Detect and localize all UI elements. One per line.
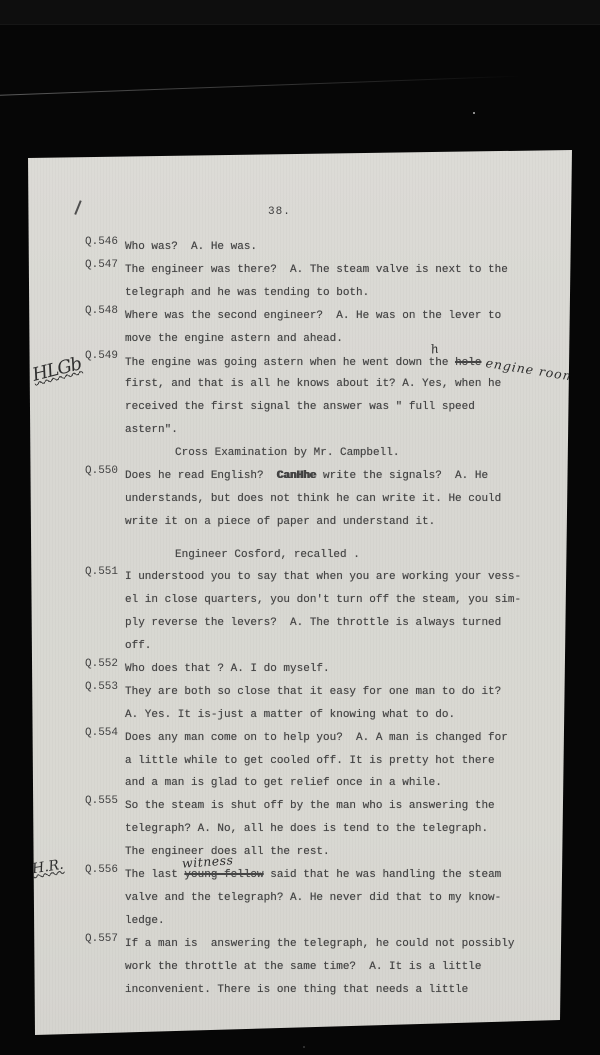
text-line: move the engine astern and ahead. bbox=[125, 328, 501, 351]
text-line: If a man is answering the telegraph, he … bbox=[125, 933, 514, 956]
text-line: telegraph? A. No, all he does is tend to… bbox=[125, 818, 495, 841]
text-segment: The engine was going astern when he went… bbox=[125, 357, 455, 369]
qa-item-q554: Q.554 Does any man come on to help you? … bbox=[28, 727, 572, 796]
text-line: el in close quarters, you don't turn off… bbox=[125, 589, 521, 612]
question-number: Q.550 bbox=[85, 465, 125, 534]
text-line: inconvenient. There is one thing that ne… bbox=[125, 979, 514, 1002]
question-number: Q.549 bbox=[85, 350, 125, 442]
film-edge-band bbox=[0, 0, 600, 25]
scanned-page-background: 38. Q.546 Who was? A. He was. Q.547 The … bbox=[0, 0, 600, 1055]
question-text: I understood you to say that when you ar… bbox=[125, 566, 521, 658]
question-text: Does any man come on to help you? A. A m… bbox=[125, 727, 508, 796]
question-number: Q.551 bbox=[85, 566, 125, 658]
text-line: They are both so close that it easy for … bbox=[125, 681, 501, 704]
dust-speck bbox=[473, 112, 475, 114]
qa-item-q549: HLGb Q.549 The engine was going astern w… bbox=[28, 350, 572, 442]
question-number: Q.552 bbox=[85, 658, 125, 681]
question-number: Q.554 bbox=[85, 727, 125, 796]
text-line: Who was? A. He was. bbox=[125, 236, 257, 259]
question-number: Q.556 bbox=[85, 864, 125, 933]
pen-mark bbox=[74, 200, 81, 214]
question-number: Q.553 bbox=[85, 681, 125, 727]
text-line: The engine was going astern when he went… bbox=[125, 350, 582, 373]
text-segment: write the signals? A. He bbox=[316, 470, 488, 482]
qa-item-q551: Q.551 I understood you to say that when … bbox=[28, 566, 572, 658]
qa-item-q556: H.R. Q.556 The last young fellow said th… bbox=[28, 864, 572, 933]
text-line: Where was the second engineer? A. He was… bbox=[125, 305, 501, 328]
question-text: They are both so close that it easy for … bbox=[125, 681, 501, 727]
margin-signature: HLGb bbox=[30, 354, 83, 386]
text-line: The last young fellow said that he was h… bbox=[125, 864, 501, 887]
question-text: Who was? A. He was. bbox=[125, 236, 257, 259]
overtyped-word: CanHhe bbox=[277, 470, 317, 482]
transcript-content: Q.546 Who was? A. He was. Q.547 The engi… bbox=[28, 236, 572, 1001]
text-line: received the first signal the answer was… bbox=[125, 396, 582, 419]
margin-signature: H.R. bbox=[31, 857, 65, 878]
qa-item-q553: Q.553 They are both so close that it eas… bbox=[28, 681, 572, 727]
question-number: Q.555 bbox=[85, 795, 125, 864]
text-line: ledge. bbox=[125, 910, 501, 933]
question-text: If a man is answering the telegraph, he … bbox=[125, 933, 514, 1002]
text-segment: Does he read English? bbox=[125, 470, 277, 482]
qa-item-q547: Q.547 The engineer was there? A. The ste… bbox=[28, 259, 572, 305]
section-heading-recall: Engineer Cosford, recalled . bbox=[28, 544, 572, 567]
question-number: Q.547 bbox=[85, 259, 125, 305]
text-line: Who does that ? A. I do myself. bbox=[125, 658, 330, 681]
text-line: work the throttle at the same time? A. I… bbox=[125, 956, 514, 979]
struck-word: hole bbox=[455, 357, 481, 369]
text-line: valve and the telegraph? A. He never did… bbox=[125, 887, 501, 910]
text-line: telegraph and he was tending to both. bbox=[125, 282, 508, 305]
text-line: A. Yes. It is-just a matter of knowing w… bbox=[125, 704, 501, 727]
question-text: Does he read English? CanHhe write the s… bbox=[125, 465, 501, 534]
text-line: understands, but does not think he can w… bbox=[125, 488, 501, 511]
text-line: Does he read English? CanHhe write the s… bbox=[125, 465, 501, 488]
text-line: write it on a piece of paper and underst… bbox=[125, 511, 501, 534]
document-page: 38. Q.546 Who was? A. He was. Q.547 The … bbox=[28, 150, 572, 1035]
scratch-line bbox=[0, 76, 522, 96]
text-segment: The last bbox=[125, 869, 184, 881]
text-line: and a man is glad to get relief once in … bbox=[125, 772, 508, 795]
text-line: astern". bbox=[125, 419, 582, 442]
question-text: The last young fellow said that he was h… bbox=[125, 864, 501, 933]
qa-item-q550: Q.550 Does he read English? CanHhe write… bbox=[28, 465, 572, 534]
text-line: So the steam is shut off by the man who … bbox=[125, 795, 495, 818]
section-heading-cross-examination: Cross Examination by Mr. Campbell. bbox=[28, 442, 572, 465]
qa-item-q552: Q.552 Who does that ? A. I do myself. bbox=[28, 658, 572, 681]
qa-item-q548: Q.548 Where was the second engineer? A. … bbox=[28, 305, 572, 351]
question-text: Who does that ? A. I do myself. bbox=[125, 658, 330, 681]
qa-item-q546: Q.546 Who was? A. He was. bbox=[28, 236, 572, 259]
dust-speck bbox=[303, 1046, 305, 1048]
text-line: a little while to get cooled off. It is … bbox=[125, 750, 508, 773]
qa-item-q555: Q.555 So the steam is shut off by the ma… bbox=[28, 795, 572, 864]
text-line: Does any man come on to help you? A. A m… bbox=[125, 727, 508, 750]
text-line: I understood you to say that when you ar… bbox=[125, 566, 521, 589]
text-segment: said that he was handling the steam bbox=[264, 869, 502, 881]
question-number: Q.546 bbox=[85, 236, 125, 259]
question-number: Q.548 bbox=[85, 305, 125, 351]
question-text: Where was the second engineer? A. He was… bbox=[125, 305, 501, 351]
handwritten-correction: witness bbox=[181, 849, 234, 875]
question-text: The engine was going astern when he went… bbox=[125, 350, 582, 442]
text-line: ply reverse the levers? A. The throttle … bbox=[125, 612, 521, 635]
page-number: 38. bbox=[268, 206, 291, 218]
question-number: Q.557 bbox=[85, 933, 125, 1002]
qa-item-q557: Q.557 If a man is answering the telegrap… bbox=[28, 933, 572, 1002]
question-text: The engineer was there? A. The steam val… bbox=[125, 259, 508, 305]
text-line: The engineer was there? A. The steam val… bbox=[125, 259, 508, 282]
text-line: off. bbox=[125, 635, 521, 658]
